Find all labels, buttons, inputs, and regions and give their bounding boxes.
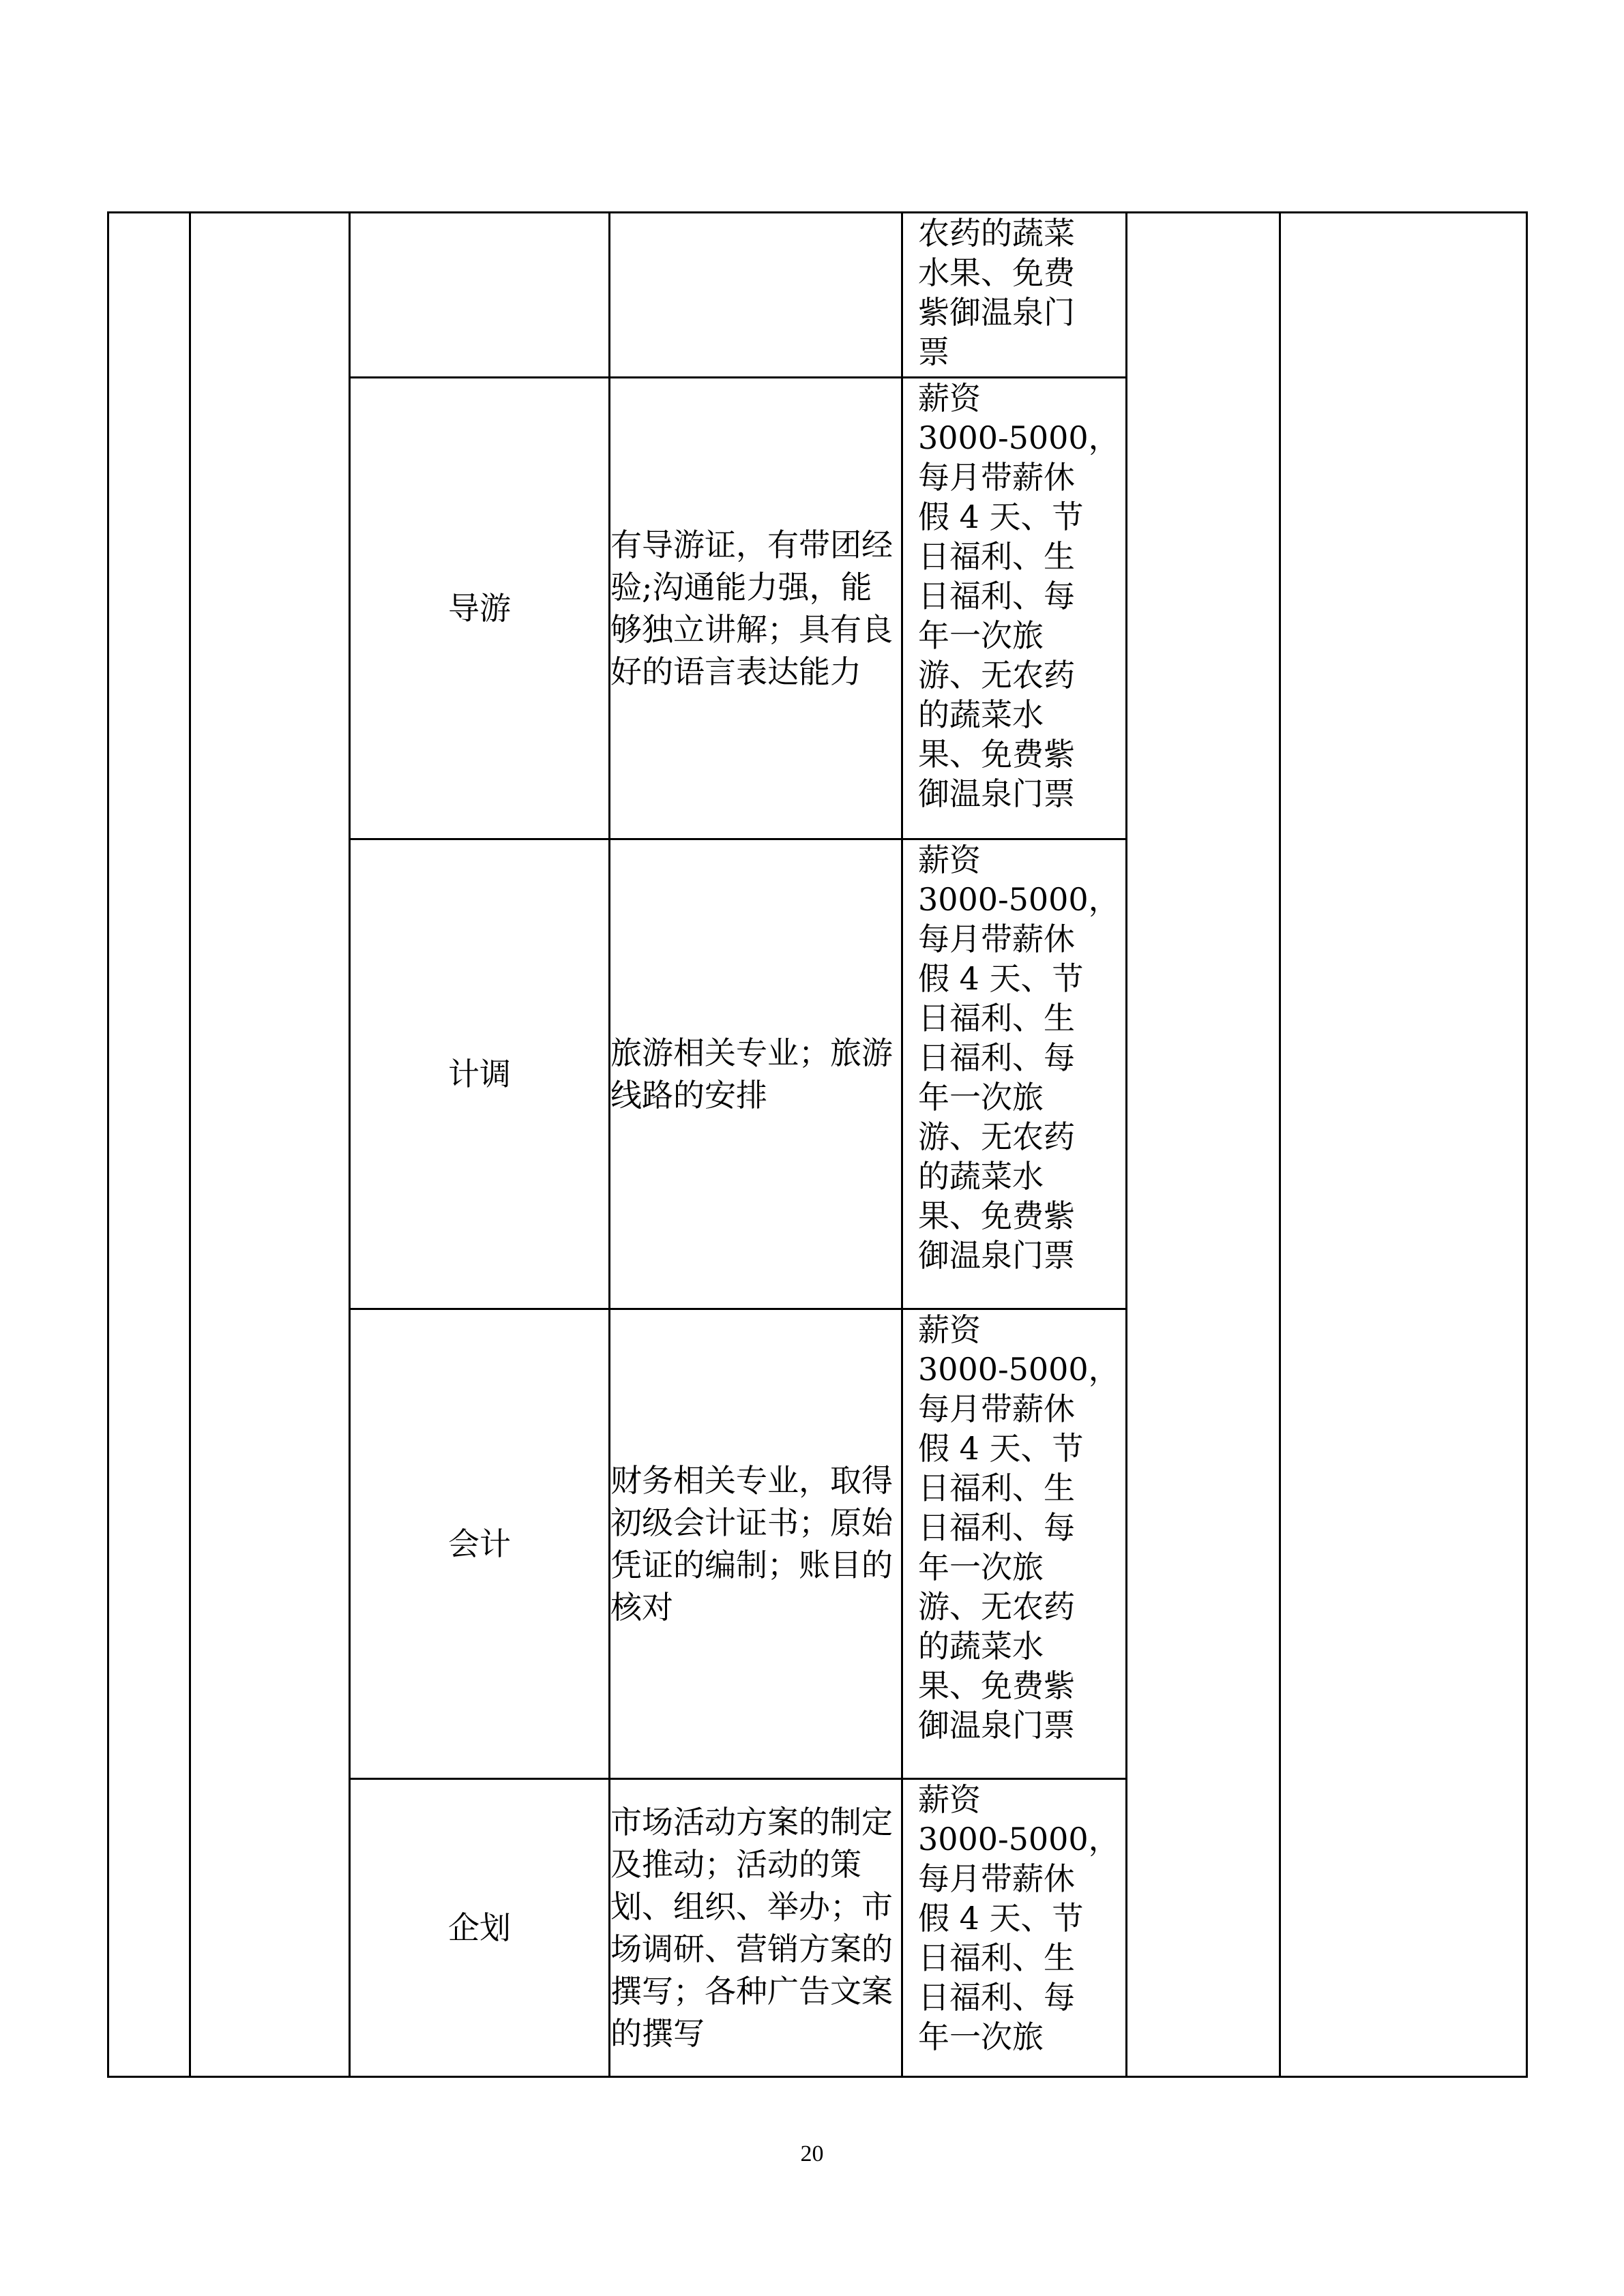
benefit-line: 游、无农药 <box>918 1587 1120 1626</box>
job-requirements-cell: 有导游证，有带团经验;沟通能力强，能够独立讲解；具有良好的语言表达能力 <box>610 378 902 839</box>
benefit-line: 日福利、每 <box>918 1978 1120 2017</box>
benefit-line: 游、无农药 <box>918 655 1120 695</box>
benefit-line: 日福利、每 <box>918 1508 1120 1547</box>
merged-cell-col2 <box>190 213 350 2077</box>
benefit-line: 3000-5000， <box>918 418 1120 458</box>
job-title-cell: 会计 <box>350 1309 610 1779</box>
job-benefits-cell: 薪资 3000-5000， 每月带薪休 假 4 天、节 日福利、生 日福利、每 … <box>902 839 1127 1309</box>
benefit-line: 每月带薪休 <box>918 1859 1120 1898</box>
benefit-line: 年一次旅 <box>918 2017 1120 2057</box>
job-title-cell: 导游 <box>350 378 610 839</box>
benefit-line: 年一次旅 <box>918 616 1120 655</box>
benefit-line: 紫御温泉门 <box>918 293 1120 332</box>
job-benefits-cell: 农药的蔬菜 水果、免费 紫御温泉门 票 <box>902 213 1127 378</box>
benefit-line: 日福利、生 <box>918 1938 1120 1978</box>
benefit-line: 3000-5000， <box>918 1819 1120 1859</box>
merged-cell-col1 <box>108 213 190 2077</box>
benefit-line: 的蔬菜水 <box>918 695 1120 734</box>
merged-cell-col6 <box>1126 213 1280 2077</box>
benefit-line: 3000-5000， <box>918 1350 1120 1389</box>
job-requirements-cell: 财务相关专业，取得初级会计证书；原始凭证的编制；账目的核对 <box>610 1309 902 1779</box>
job-title-cell <box>350 213 610 378</box>
benefit-line: 的蔬菜水 <box>918 1626 1120 1666</box>
benefit-line: 御温泉门票 <box>918 774 1120 814</box>
benefit-line: 果、免费紫 <box>918 1196 1120 1236</box>
benefit-line: 果、免费紫 <box>918 734 1120 774</box>
job-requirements-cell <box>610 213 902 378</box>
benefit-line: 水果、免费 <box>918 253 1120 293</box>
job-benefits-cell: 薪资 3000-5000， 每月带薪休 假 4 天、节 日福利、生 日福利、每 … <box>902 378 1127 839</box>
benefit-line: 每月带薪休 <box>918 1389 1120 1429</box>
table-row: 农药的蔬菜 水果、免费 紫御温泉门 票 <box>108 213 1527 378</box>
benefit-line: 薪资 <box>918 1310 1120 1350</box>
benefit-line: 日福利、生 <box>918 998 1120 1038</box>
benefit-line: 年一次旅 <box>918 1077 1120 1117</box>
benefit-line: 日福利、每 <box>918 576 1120 616</box>
benefit-line: 每月带薪休 <box>918 458 1120 497</box>
page-number: 20 <box>0 2141 1624 2167</box>
benefit-line: 薪资 <box>918 840 1120 880</box>
benefit-line: 日福利、生 <box>918 1468 1120 1508</box>
benefit-line: 日福利、生 <box>918 537 1120 576</box>
job-benefits-cell: 薪资 3000-5000， 每月带薪休 假 4 天、节 日福利、生 日福利、每 … <box>902 1779 1127 2077</box>
job-requirements-cell: 市场活动方案的制定及推动；活动的策划、组织、举办；市场调研、营销方案的撰写；各种… <box>610 1779 902 2077</box>
merged-cell-col7 <box>1280 213 1526 2077</box>
benefit-line: 农药的蔬菜 <box>918 213 1120 253</box>
benefit-line: 的蔬菜水 <box>918 1157 1120 1196</box>
benefit-line: 薪资 <box>918 378 1120 418</box>
document-page: 农药的蔬菜 水果、免费 紫御温泉门 票 导游 有导游证，有带团经验;沟通能力强，… <box>0 0 1624 2296</box>
job-benefits-cell: 薪资 3000-5000， 每月带薪休 假 4 天、节 日福利、生 日福利、每 … <box>902 1309 1127 1779</box>
benefit-line: 年一次旅 <box>918 1547 1120 1587</box>
benefit-line: 薪资 <box>918 1780 1120 1819</box>
benefit-line: 游、无农药 <box>918 1117 1120 1157</box>
benefit-line: 假 4 天、节 <box>918 1898 1120 1938</box>
benefit-line: 假 4 天、节 <box>918 959 1120 998</box>
job-requirements-cell: 旅游相关专业；旅游线路的安排 <box>610 839 902 1309</box>
benefit-line: 御温泉门票 <box>918 1236 1120 1275</box>
benefit-line: 票 <box>918 332 1120 372</box>
benefit-line: 假 4 天、节 <box>918 1429 1120 1468</box>
benefit-line: 3000-5000， <box>918 880 1120 919</box>
benefit-line: 果、免费紫 <box>918 1666 1120 1705</box>
benefit-line: 日福利、每 <box>918 1038 1120 1077</box>
benefit-line: 每月带薪休 <box>918 919 1120 959</box>
job-title-cell: 企划 <box>350 1779 610 2077</box>
benefit-line: 御温泉门票 <box>918 1705 1120 1745</box>
job-title-cell: 计调 <box>350 839 610 1309</box>
benefit-line: 假 4 天、节 <box>918 497 1120 537</box>
job-positions-table: 农药的蔬菜 水果、免费 紫御温泉门 票 导游 有导游证，有带团经验;沟通能力强，… <box>107 211 1528 2078</box>
